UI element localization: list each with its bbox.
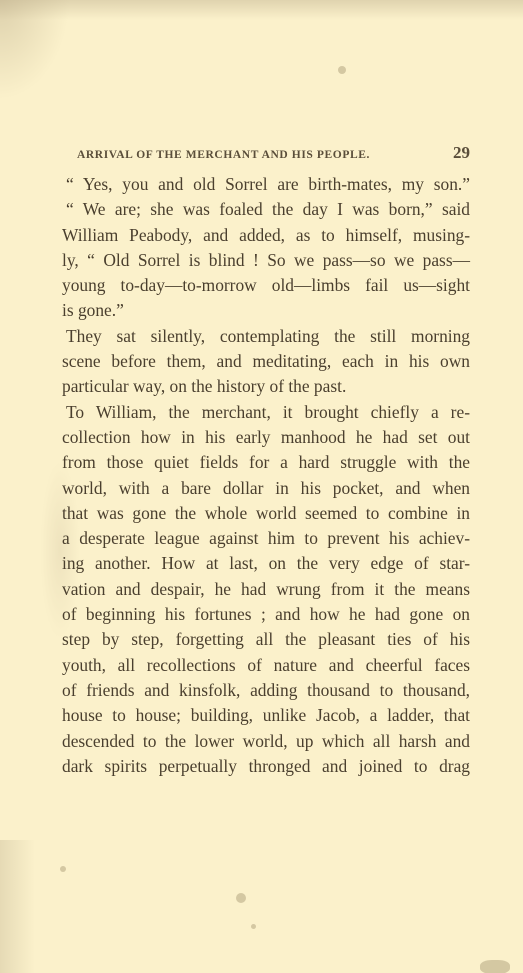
body-text: “ Yes, you and old Sorrel are birth-mate… — [62, 172, 470, 779]
text-line: a desperate league against him to preven… — [62, 526, 470, 551]
text-line: “ Yes, you and old Sorrel are birth-mate… — [62, 172, 470, 197]
text-line: scene before them, and meditating, each … — [62, 349, 470, 374]
text-line: To William, the merchant, it brought chi… — [62, 400, 470, 425]
text-line: descended to the lower world, up which a… — [62, 729, 470, 754]
text-line: is gone.” — [62, 298, 470, 323]
text-line: They sat silently, contemplating the sti… — [62, 324, 470, 349]
text-line: particular way, on the history of the pa… — [62, 374, 470, 399]
paper-stain-left — [0, 840, 35, 973]
paper-speck — [236, 893, 246, 903]
text-line: youth, all recollections of nature and c… — [62, 653, 470, 678]
text-line: “ We are; she was foaled the day I was b… — [62, 197, 470, 222]
text-line: that was gone the whole world seemed to … — [62, 501, 470, 526]
book-page: ARRIVAL OF THE MERCHANT AND HIS PEOPLE. … — [0, 0, 523, 973]
text-line: dark spirits perpetually thronged and jo… — [62, 754, 470, 779]
text-line: world, with a bare dollar in his pocket,… — [62, 476, 470, 501]
text-line: ly, “ Old Sorrel is blind ! So we pass—s… — [62, 248, 470, 273]
text-line: young to-day—to-morrow old—limbs fail us… — [62, 273, 470, 298]
running-head: ARRIVAL OF THE MERCHANT AND HIS PEOPLE. … — [77, 143, 470, 163]
text-line: house to house; building, unlike Jacob, … — [62, 703, 470, 728]
text-line: from those quiet fields for a hard strug… — [62, 450, 470, 475]
text-line: of friends and kinsfolk, adding thousand… — [62, 678, 470, 703]
text-line: William Peabody, and added, as to himsel… — [62, 223, 470, 248]
paper-speck — [480, 960, 510, 973]
paper-speck — [251, 924, 256, 929]
text-line: of beginning his fortunes ; and how he h… — [62, 602, 470, 627]
paper-stain-top — [0, 0, 523, 20]
running-head-title: ARRIVAL OF THE MERCHANT AND HIS PEOPLE. — [77, 149, 370, 161]
text-line: ing another. How at last, on the very ed… — [62, 551, 470, 576]
text-line: step by step, forgetting all the pleasan… — [62, 627, 470, 652]
page-number: 29 — [453, 143, 470, 163]
text-line: vation and despair, he had wrung from it… — [62, 577, 470, 602]
text-line: collection how in his early manhood he h… — [62, 425, 470, 450]
paper-speck — [338, 66, 346, 74]
paper-speck — [60, 866, 66, 872]
paper-stain-top-left — [0, 0, 70, 100]
